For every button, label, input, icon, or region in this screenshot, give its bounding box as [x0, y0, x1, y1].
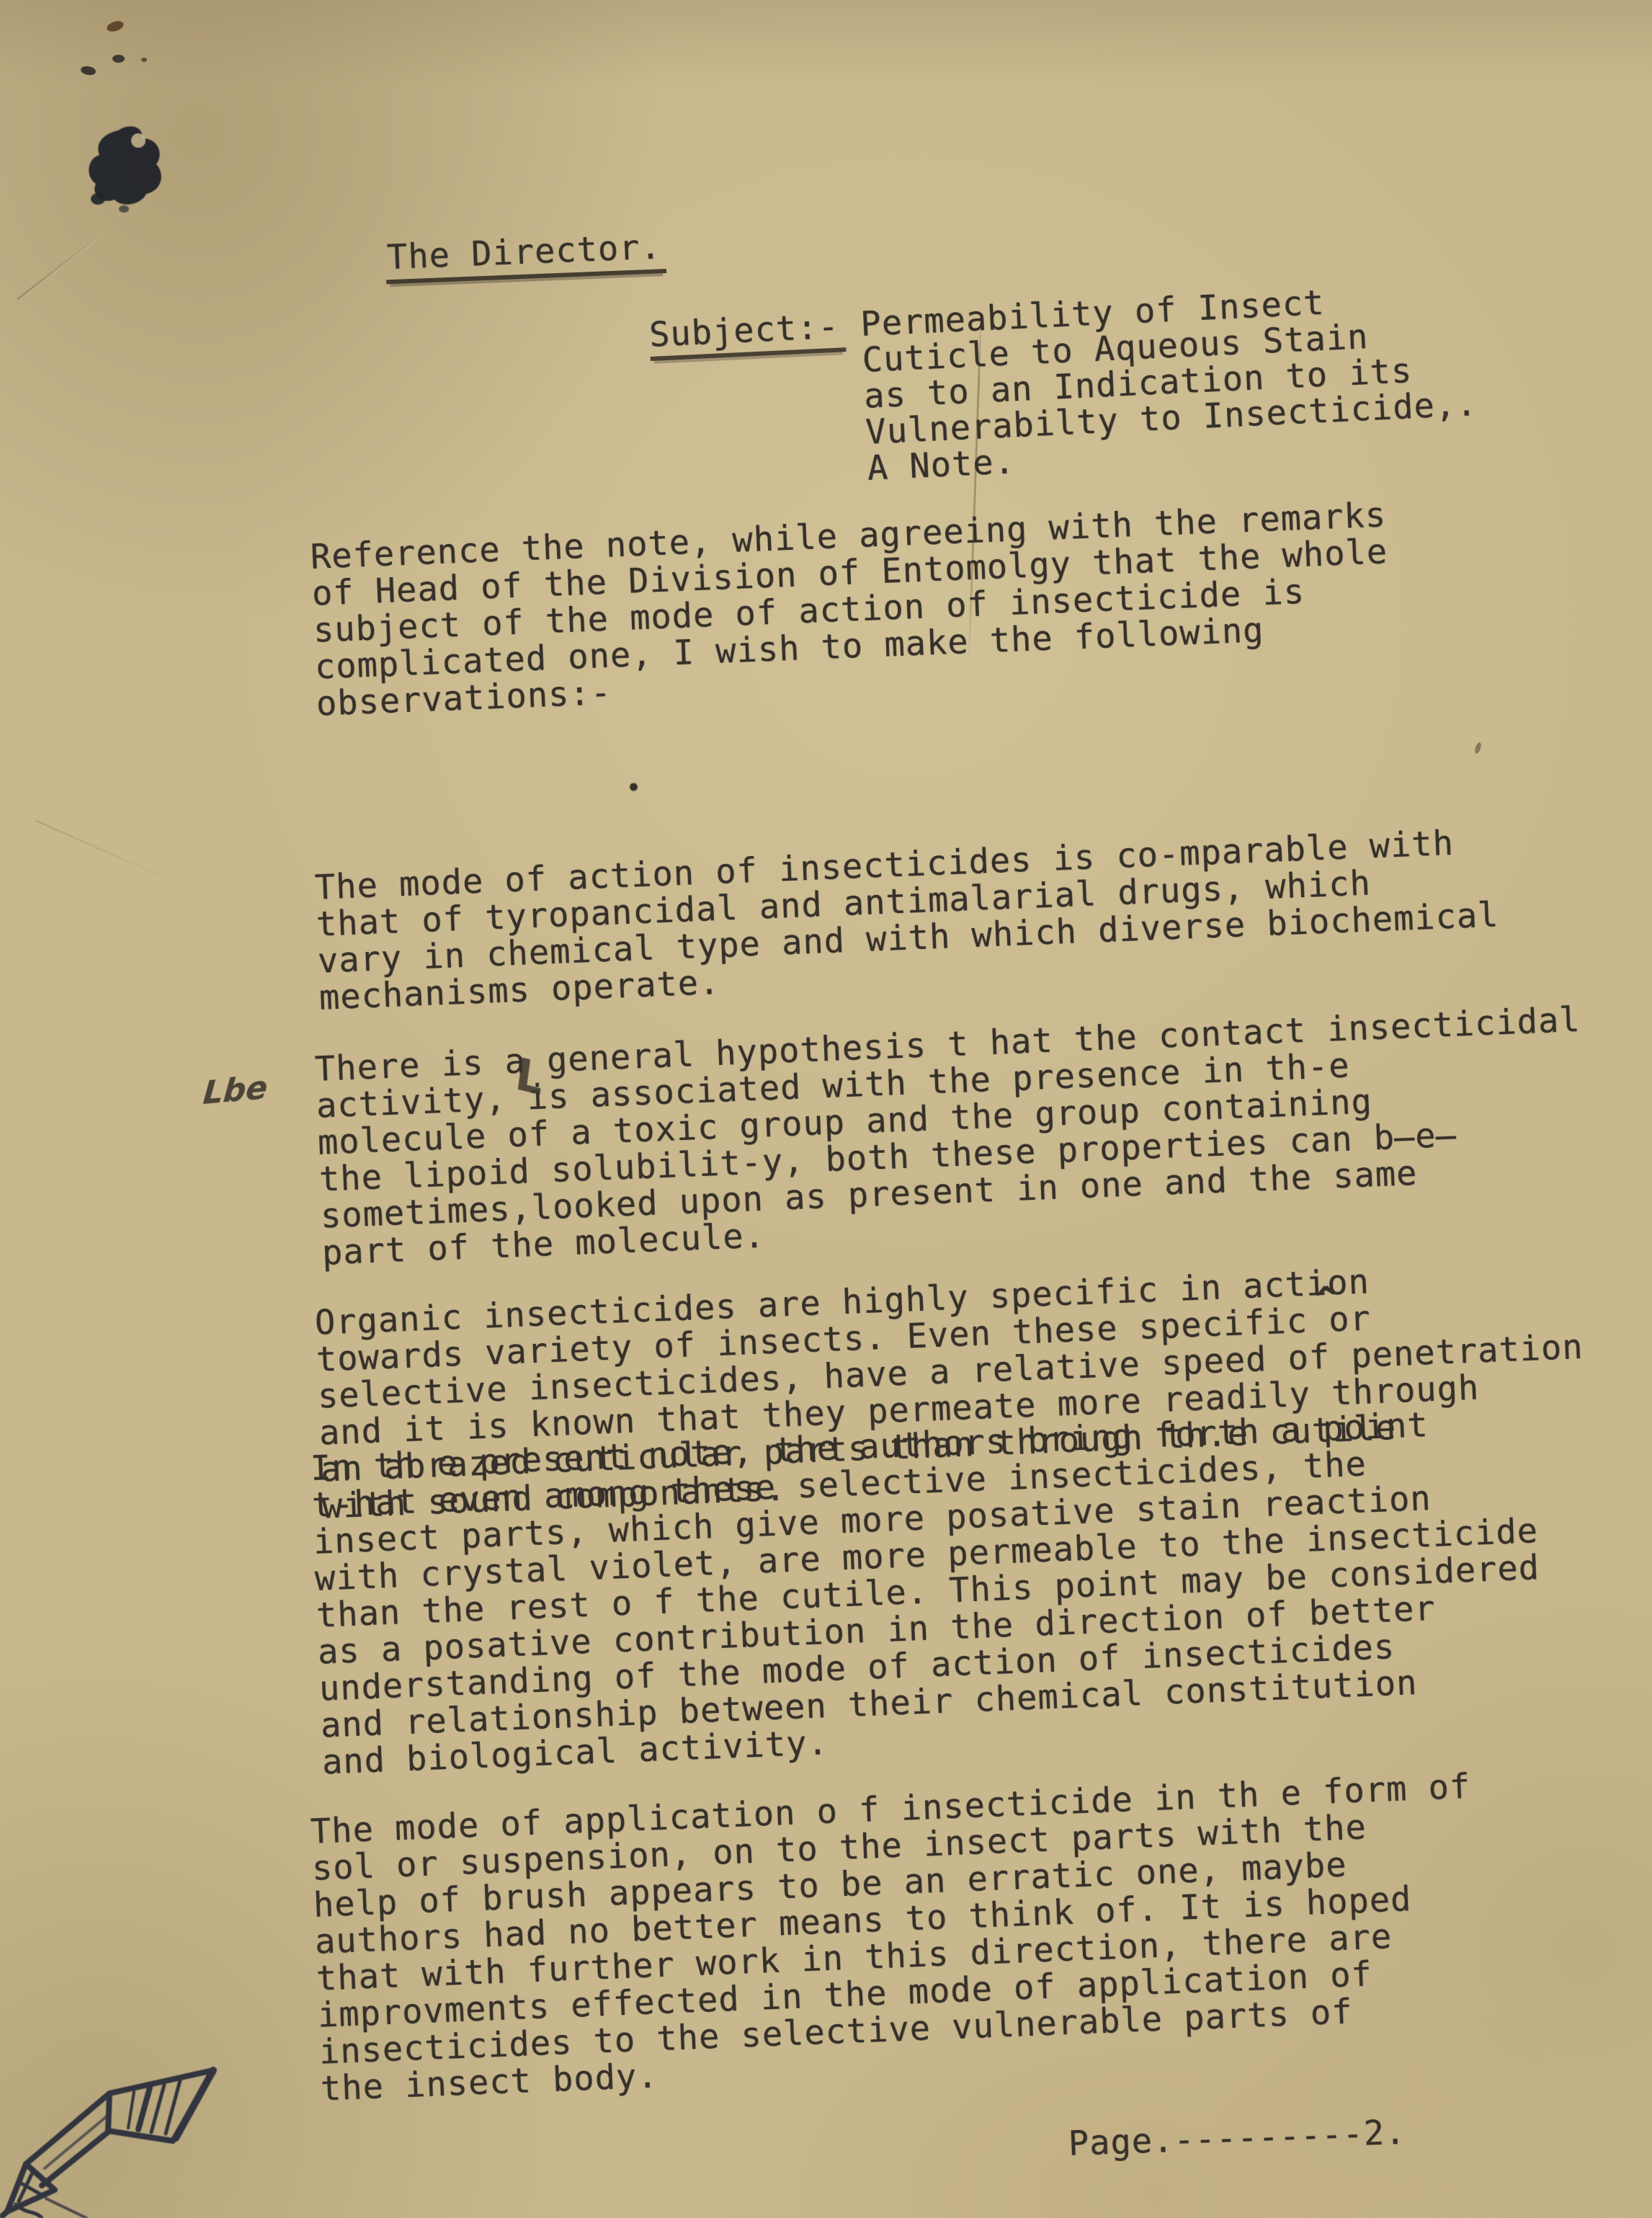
ink-speck [106, 19, 125, 34]
ink-speck [80, 65, 97, 76]
pen-sketch [0, 2050, 245, 2218]
subject-block: Subject:- Permeability of InsectCuticle … [648, 278, 1480, 497]
ink-speck [141, 58, 147, 62]
page-title: The Director. [299, 192, 668, 324]
page-title-text: The Director. [385, 228, 666, 284]
ink-blot [73, 114, 189, 236]
insert-mark: L [514, 1056, 546, 1100]
paper-sheet: The Director. Subject:- Permeability of … [0, 0, 1652, 2218]
paper-crease [17, 232, 103, 300]
caret-mark: ^ [1312, 1279, 1342, 1318]
margin-note-handwritten: Lbe [202, 1069, 269, 1112]
paper-crease [35, 819, 181, 886]
subject-label: Subject:- [648, 308, 846, 361]
paragraph: The mode of application o f insecticide … [310, 1768, 1481, 2108]
overtype-dot-mark: • [626, 770, 642, 807]
paragraph: Reference the note, while agreeing with … [310, 496, 1393, 722]
page-number: Page.---------2. [1068, 2114, 1406, 2163]
subject-lines: Permeability of InsectCuticle to Aqueous… [860, 278, 1479, 487]
paragraph: In th e present note, the authors bring … [310, 1402, 1546, 1781]
ink-speck [112, 55, 125, 63]
